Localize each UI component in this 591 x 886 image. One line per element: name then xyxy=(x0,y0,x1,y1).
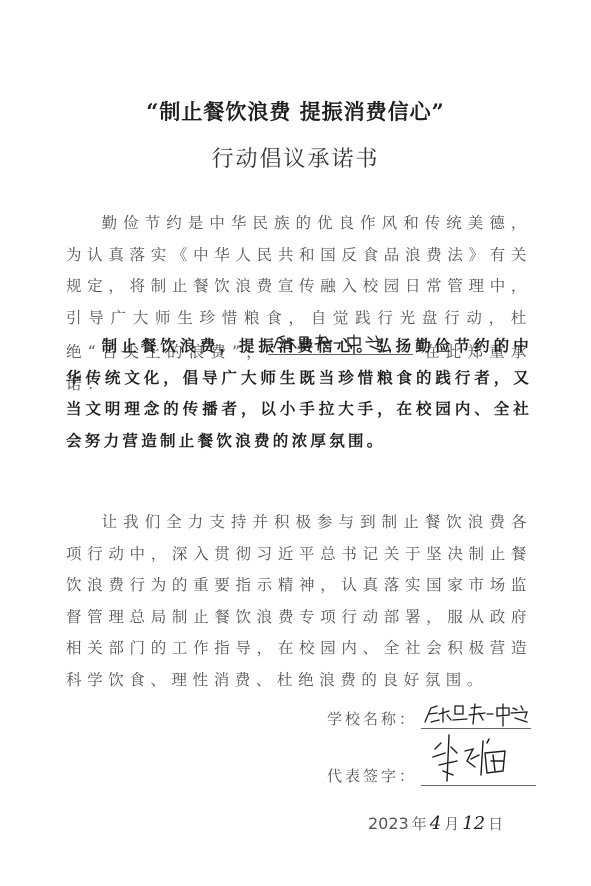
paragraph-action: 让我们全力支持并积极参与到制止餐饮浪费各项行动中，深入贯彻习近平总书记关于坚决制… xyxy=(66,507,532,696)
document-subtitle: 行动倡议承诺书 xyxy=(0,142,591,173)
representative-signature-label: 代表签字： xyxy=(327,765,417,786)
date-month-unit: 月 xyxy=(444,813,459,834)
date-year: 2023 xyxy=(368,814,409,833)
document-title: “制止餐饮浪费 提振消费信心” xyxy=(0,96,591,126)
representative-signature-handwriting xyxy=(421,745,536,786)
school-name-label: 学校名称： xyxy=(327,708,417,729)
handwriting-signature-icon xyxy=(421,731,536,786)
representative-signature-field: 代表签字： xyxy=(327,745,536,786)
school-name-handwriting xyxy=(421,698,531,729)
date-month: 4 xyxy=(430,813,441,834)
date-day-unit: 日 xyxy=(488,813,503,834)
date-day: 12 xyxy=(462,813,485,834)
date-year-unit: 年 xyxy=(412,813,427,834)
handwriting-school-sign-icon xyxy=(421,698,531,728)
signing-date: 2023 年 4 月 12 日 xyxy=(368,813,506,834)
school-name-field: 学校名称： xyxy=(327,698,531,729)
paragraph-pledge: 制止餐饮浪费，提振消费信心。弘扬勤俭节约的中华传统文化，倡导广大师生既当珍惜粮食… xyxy=(66,331,532,457)
